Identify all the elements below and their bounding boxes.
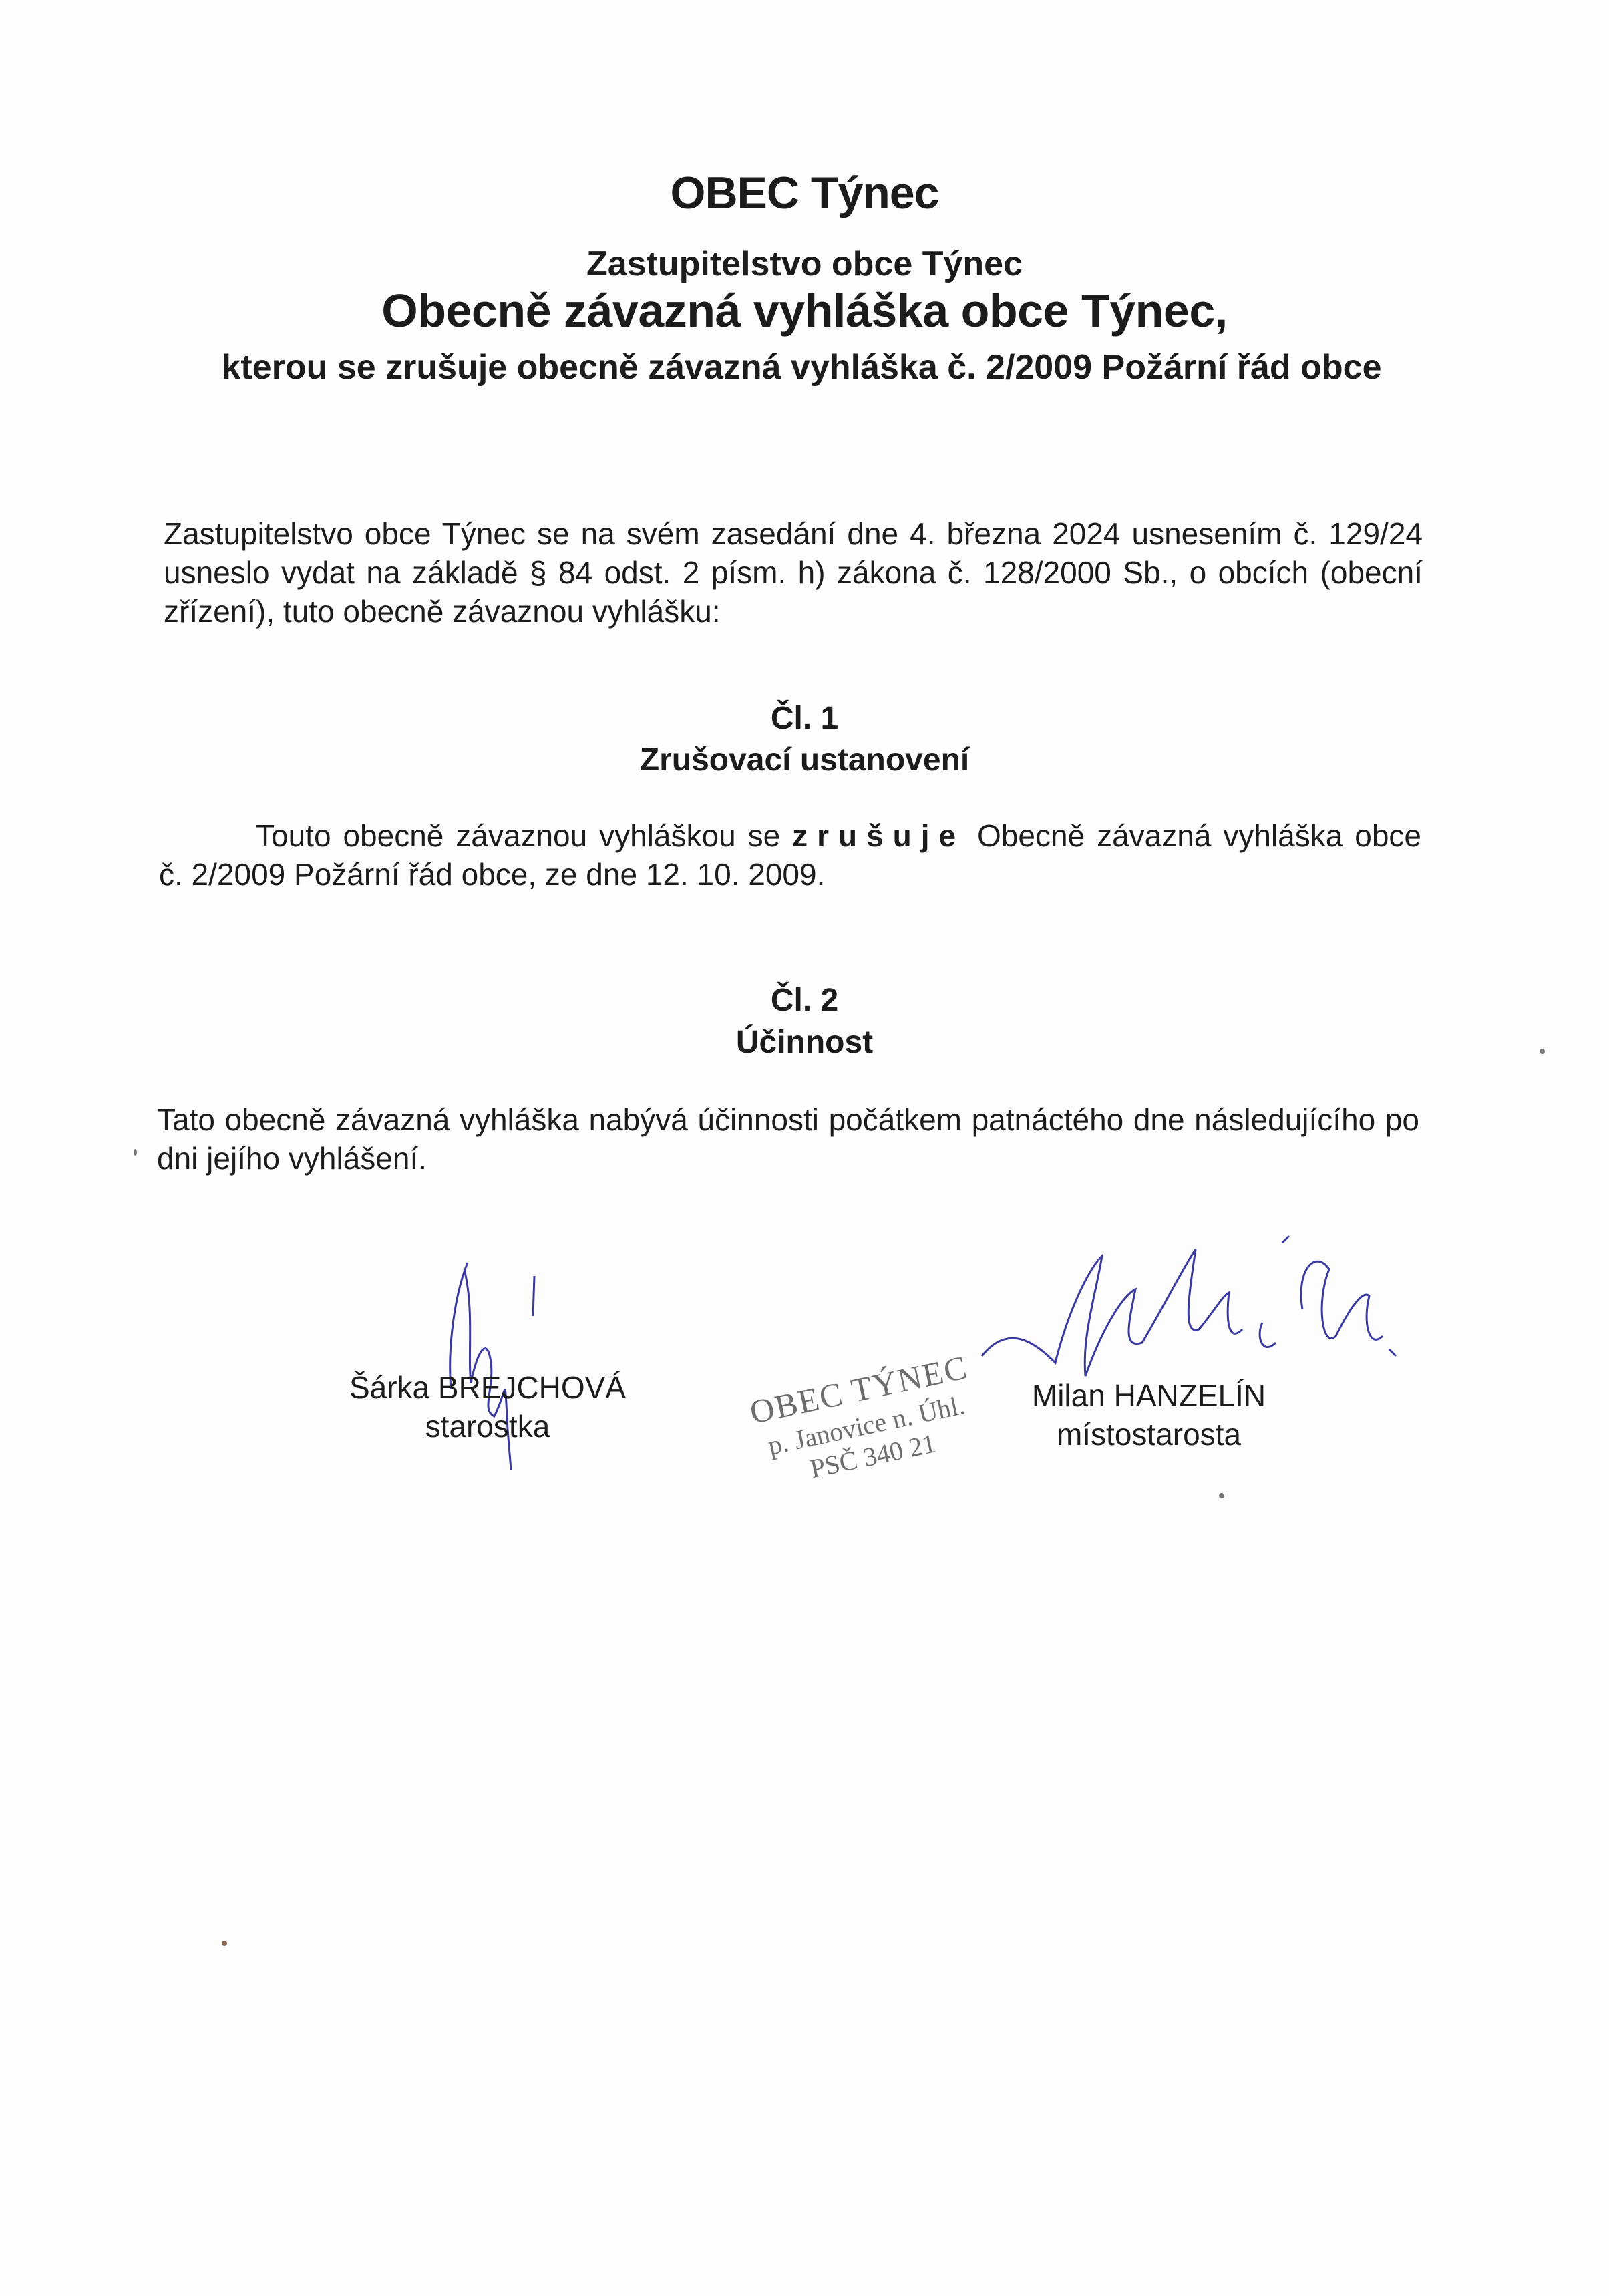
signatory-left: Šárka BREJCHOVÁ starostka: [327, 1368, 648, 1446]
article-1-number: Čl. 1: [0, 700, 1609, 737]
signatory-right-name: Milan HANZELÍN: [1009, 1376, 1289, 1415]
document-page: OBEC Týnec Zastupitelstvo obce Týnec Obe…: [0, 0, 1609, 2296]
signatory-left-name: Šárka BREJCHOVÁ: [327, 1368, 648, 1407]
municipality-title: OBEC Týnec: [0, 167, 1609, 219]
article-2-text: Tato obecně závazná vyhláška nabývá účin…: [157, 1100, 1419, 1178]
decree-heading: Obecně závazná vyhláška obce Týnec,: [0, 284, 1609, 337]
scan-speck: [134, 1149, 137, 1156]
decree-subheading: kterou se zrušuje obecně závazná vyhlášk…: [167, 347, 1436, 387]
article-2-number: Čl. 2: [0, 982, 1609, 1019]
article-1-text-before: Touto obecně závaznou vyhláškou se: [256, 818, 792, 853]
article-1-title: Zrušovací ustanovení: [0, 742, 1609, 778]
article-2-title: Účinnost: [0, 1024, 1609, 1061]
signatory-left-role: starostka: [327, 1407, 648, 1446]
article-1-text: Touto obecně závaznou vyhláškou se zrušu…: [159, 816, 1421, 894]
scan-speck: [1540, 1049, 1545, 1054]
intro-paragraph: Zastupitelstvo obce Týnec se na svém zas…: [164, 514, 1423, 631]
council-name: Zastupitelstvo obce Týnec: [0, 244, 1609, 284]
signatory-right: Milan HANZELÍN místostarosta: [1009, 1376, 1289, 1454]
article-1-emphasis: zrušuje: [792, 818, 965, 853]
scan-speck: [222, 1941, 227, 1946]
municipal-stamp: OBEC TÝNEC p. Janovice n. Úhl. PSČ 340 2…: [747, 1347, 985, 1494]
signatory-right-role: místostarosta: [1009, 1415, 1289, 1454]
scan-speck: [1219, 1493, 1224, 1498]
